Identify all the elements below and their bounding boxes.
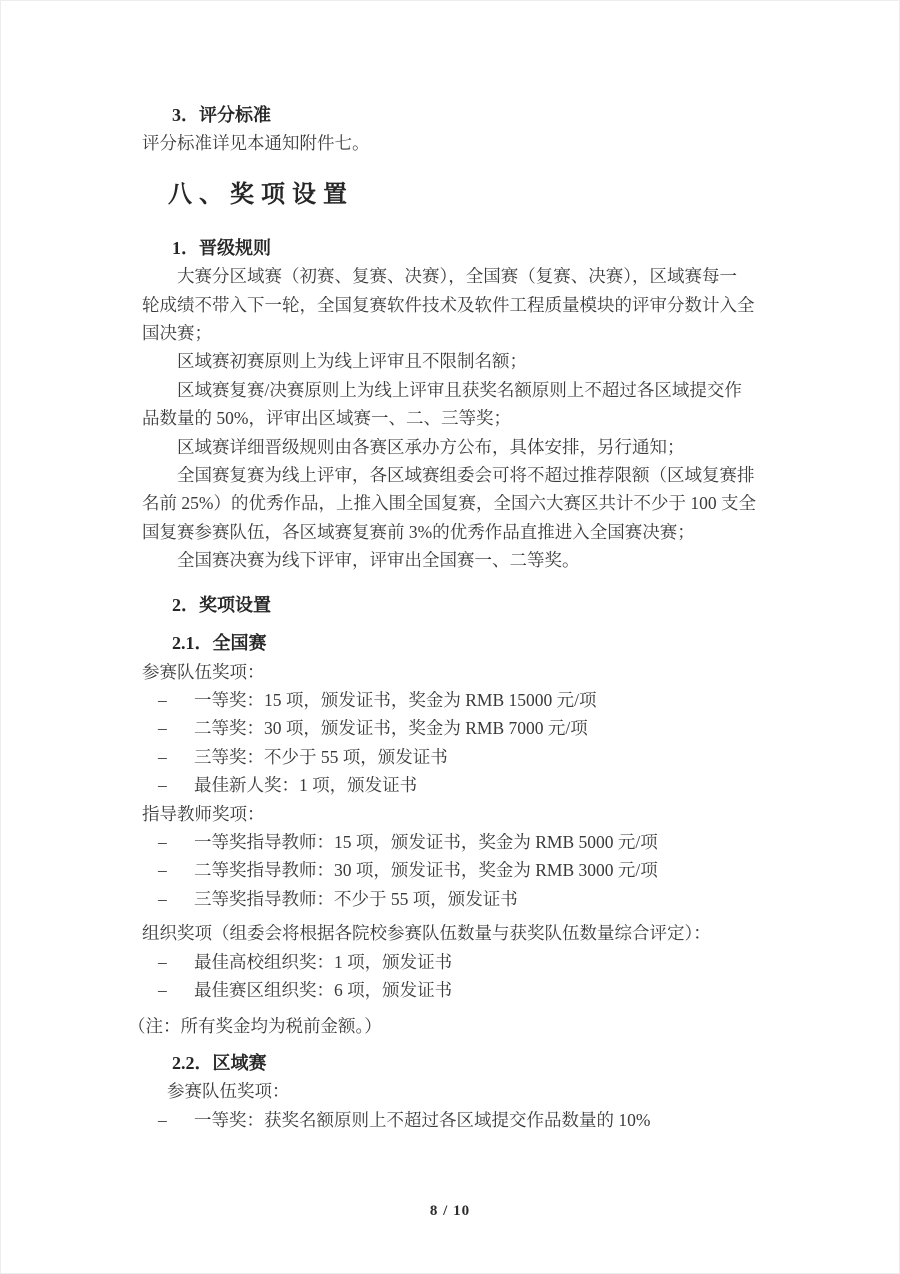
promotion-rules-line: 区域赛详细晋级规则由各赛区承办方公布，具体安排，另行通知； <box>142 433 770 461</box>
prize-tax-note: （注：所有奖金均为税前金额。） <box>128 1012 770 1040</box>
promotion-rules-line: 名前 25%）的优秀作品，上推入围全国复赛，全国六大赛区共计不少于 100 支全 <box>142 489 770 517</box>
chapter-heading-awards: 八、奖项设置 <box>142 178 770 212</box>
national-team-awards-label: 参赛队伍奖项： <box>142 658 770 686</box>
award-list-item: – 一等奖指导教师：15 项，颁发证书，奖金为 RMB 5000 元/项 <box>142 828 770 856</box>
award-list-item: – 二等奖指导教师：30 项，颁发证书，奖金为 RMB 3000 元/项 <box>142 856 770 884</box>
organization-awards-label: 组织奖项（组委会将根据各院校参赛队伍数量与获奖队伍数量综合评定）： <box>142 919 770 947</box>
award-item-text: 二等奖指导教师：30 项，颁发证书，奖金为 RMB 3000 元/项 <box>194 856 658 884</box>
section-heading-scoring-criteria: 3．评分标准 <box>142 101 770 129</box>
award-item-text: 一等奖：15 项，颁发证书，奖金为 RMB 15000 元/项 <box>194 686 597 714</box>
award-item-text: 最佳高校组织奖：1 项，颁发证书 <box>194 948 452 976</box>
award-list-item: – 最佳高校组织奖：1 项，颁发证书 <box>142 948 770 976</box>
award-list-item: – 三等奖指导教师：不少于 55 项，颁发证书 <box>142 885 770 913</box>
dash-bullet-icon: – <box>158 743 194 771</box>
dash-bullet-icon: – <box>158 976 194 1004</box>
promotion-rules-line: 全国赛决赛为线下评审，评审出全国赛一、二等奖。 <box>142 546 770 574</box>
award-list-item: – 二等奖：30 项，颁发证书，奖金为 RMB 7000 元/项 <box>142 714 770 742</box>
subsection-heading-national: 2.1．全国赛 <box>142 629 770 657</box>
award-item-text: 二等奖：30 项，颁发证书，奖金为 RMB 7000 元/项 <box>194 714 588 742</box>
promotion-rules-line: 区域赛初赛原则上为线上评审且不限制名额； <box>142 347 770 375</box>
award-list-item: – 三等奖：不少于 55 项，颁发证书 <box>142 743 770 771</box>
dash-bullet-icon: – <box>158 686 194 714</box>
promotion-rules-line: 大赛分区域赛（初赛、复赛、决赛），全国赛（复赛、决赛），区域赛每一 <box>142 262 770 290</box>
promotion-rules-line: 全国赛复赛为线上评审，各区域赛组委会可将不超过推荐限额（区域复赛排 <box>142 461 770 489</box>
award-item-text: 三等奖：不少于 55 项，颁发证书 <box>194 743 448 771</box>
award-list-item: – 最佳新人奖：1 项，颁发证书 <box>142 771 770 799</box>
promotion-rules-line: 轮成绩不带入下一轮，全国复赛软件技术及软件工程质量模块的评审分数计入全 <box>142 291 770 319</box>
award-item-text: 一等奖：获奖名额原则上不超过各区域提交作品数量的 10% <box>194 1106 650 1134</box>
teacher-awards-label: 指导教师奖项： <box>142 800 770 828</box>
award-item-text: 最佳新人奖：1 项，颁发证书 <box>194 771 417 799</box>
subsection-heading-regional: 2.2．区域赛 <box>142 1049 770 1077</box>
promotion-rules-line: 品数量的 50%，评审出区域赛一、二、三等奖； <box>142 404 770 432</box>
document-page: 3．评分标准 评分标准详见本通知附件七。 八、奖项设置 1．晋级规则 大赛分区域… <box>0 0 900 1274</box>
dash-bullet-icon: – <box>158 885 194 913</box>
award-list-item: – 一等奖：获奖名额原则上不超过各区域提交作品数量的 10% <box>142 1106 770 1134</box>
promotion-rules-line: 区域赛复赛/决赛原则上为线上评审且获奖名额原则上不超过各区域提交作 <box>142 376 770 404</box>
dash-bullet-icon: – <box>158 771 194 799</box>
section-heading-promotion-rules: 1．晋级规则 <box>142 234 770 262</box>
award-item-text: 三等奖指导教师：不少于 55 项，颁发证书 <box>194 885 518 913</box>
page-content: 3．评分标准 评分标准详见本通知附件七。 八、奖项设置 1．晋级规则 大赛分区域… <box>142 101 770 1134</box>
dash-bullet-icon: – <box>158 714 194 742</box>
page-number: 8 / 10 <box>0 1203 900 1220</box>
award-item-text: 最佳赛区组织奖：6 项，颁发证书 <box>194 976 452 1004</box>
award-list-item: – 最佳赛区组织奖：6 项，颁发证书 <box>142 976 770 1004</box>
promotion-rules-line: 国复赛参赛队伍，各区域赛复赛前 3%的优秀作品直推进入全国赛决赛； <box>142 518 770 546</box>
dash-bullet-icon: – <box>158 856 194 884</box>
award-item-text: 一等奖指导教师：15 项，颁发证书，奖金为 RMB 5000 元/项 <box>194 828 658 856</box>
regional-team-awards-label: 参赛队伍奖项： <box>142 1077 770 1105</box>
dash-bullet-icon: – <box>158 948 194 976</box>
promotion-rules-line: 国决赛； <box>142 319 770 347</box>
scoring-criteria-body: 评分标准详见本通知附件七。 <box>142 129 770 157</box>
dash-bullet-icon: – <box>158 828 194 856</box>
award-list-item: – 一等奖：15 项，颁发证书，奖金为 RMB 15000 元/项 <box>142 686 770 714</box>
dash-bullet-icon: – <box>158 1106 194 1134</box>
section-heading-award-settings: 2．奖项设置 <box>142 591 770 619</box>
